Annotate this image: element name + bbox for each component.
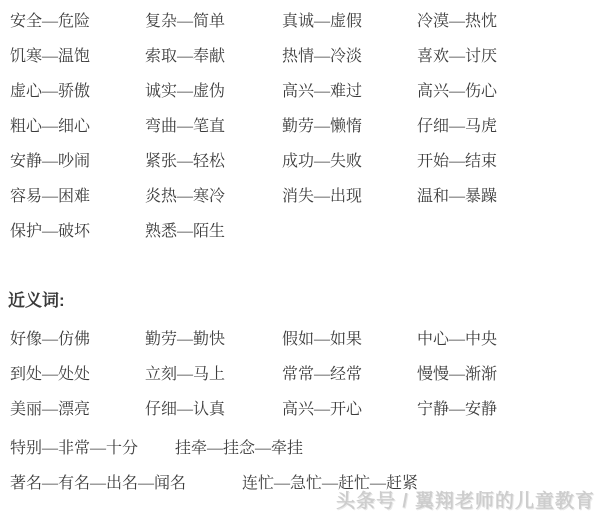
word-pair: 好像—仿佛 bbox=[10, 326, 145, 349]
word-pair: 慢慢—渐渐 bbox=[417, 361, 497, 384]
word-pair: 安全—危险 bbox=[10, 8, 145, 31]
synonyms-section: 近义词: 好像—仿佛 勤劳—勤快 假如—如果 中心—中央 到处—处处 立刻—马上… bbox=[0, 291, 600, 499]
word-chain: 特别—非常—十分 bbox=[10, 435, 175, 458]
word-pair: 立刻—马上 bbox=[145, 361, 282, 384]
antonym-row: 粗心—细心 弯曲—笔直 勤劳—懒惰 仔细—马虎 bbox=[0, 107, 600, 142]
word-pair: 容易—困难 bbox=[10, 183, 145, 206]
word-pair: 炎热—寒冷 bbox=[145, 183, 282, 206]
antonym-row: 安静—吵闹 紧张—轻松 成功—失败 开始—结束 bbox=[0, 142, 600, 177]
word-pair: 高兴—开心 bbox=[282, 396, 417, 419]
word-pair: 饥寒—温饱 bbox=[10, 43, 145, 66]
synonym-row: 好像—仿佛 勤劳—勤快 假如—如果 中心—中央 bbox=[0, 320, 600, 355]
word-pair: 真诚—虚假 bbox=[282, 8, 417, 31]
word-pair: 到处—处处 bbox=[10, 361, 145, 384]
antonym-row: 保护—破坏 熟悉—陌生 bbox=[0, 212, 600, 247]
word-pair: 复杂—简单 bbox=[145, 8, 282, 31]
word-pair: 开始—结束 bbox=[417, 148, 497, 171]
word-pair: 热情—冷淡 bbox=[282, 43, 417, 66]
word-pair: 宁静—安静 bbox=[417, 396, 497, 419]
synonym-chain-row: 特别—非常—十分 挂牵—挂念—牵挂 bbox=[0, 429, 600, 464]
vocabulary-worksheet: 安全—危险 复杂—简单 真诚—虚假 冷漠—热忱 饥寒—温饱 索取—奉献 热情—冷… bbox=[0, 0, 600, 518]
word-pair: 保护—破坏 bbox=[10, 218, 145, 241]
word-pair: 高兴—伤心 bbox=[417, 78, 497, 101]
word-pair: 安静—吵闹 bbox=[10, 148, 145, 171]
synonyms-grid: 好像—仿佛 勤劳—勤快 假如—如果 中心—中央 到处—处处 立刻—马上 常常—经… bbox=[0, 318, 600, 425]
synonym-row: 美丽—漂亮 仔细—认真 高兴—开心 宁静—安静 bbox=[0, 390, 600, 425]
word-pair: 索取—奉献 bbox=[145, 43, 282, 66]
word-pair: 成功—失败 bbox=[282, 148, 417, 171]
word-pair: 美丽—漂亮 bbox=[10, 396, 145, 419]
word-pair: 熟悉—陌生 bbox=[145, 218, 282, 241]
antonym-row: 容易—困难 炎热—寒冷 消失—出现 温和—暴躁 bbox=[0, 177, 600, 212]
antonym-row: 饥寒—温饱 索取—奉献 热情—冷淡 喜欢—讨厌 bbox=[0, 37, 600, 72]
word-pair: 消失—出现 bbox=[282, 183, 417, 206]
word-pair: 弯曲—笔直 bbox=[145, 113, 282, 136]
word-pair: 粗心—细心 bbox=[10, 113, 145, 136]
antonym-row: 虚心—骄傲 诚实—虚伪 高兴—难过 高兴—伤心 bbox=[0, 72, 600, 107]
word-pair: 诚实—虚伪 bbox=[145, 78, 282, 101]
word-pair: 勤劳—懒惰 bbox=[282, 113, 417, 136]
word-pair: 紧张—轻松 bbox=[145, 148, 282, 171]
word-pair: 喜欢—讨厌 bbox=[417, 43, 497, 66]
word-pair: 中心—中央 bbox=[417, 326, 497, 349]
word-pair: 常常—经常 bbox=[282, 361, 417, 384]
word-chain: 挂牵—挂念—牵挂 bbox=[175, 435, 303, 458]
word-pair: 虚心—骄傲 bbox=[10, 78, 145, 101]
word-pair: 假如—如果 bbox=[282, 326, 417, 349]
word-pair: 仔细—马虎 bbox=[417, 113, 497, 136]
antonyms-section: 安全—危险 复杂—简单 真诚—虚假 冷漠—热忱 饥寒—温饱 索取—奉献 热情—冷… bbox=[0, 0, 600, 247]
synonyms-heading: 近义词: bbox=[0, 291, 600, 311]
word-pair: 高兴—难过 bbox=[282, 78, 417, 101]
word-pair: 勤劳—勤快 bbox=[145, 326, 282, 349]
antonym-row: 安全—危险 复杂—简单 真诚—虚假 冷漠—热忱 bbox=[0, 2, 600, 37]
word-pair: 冷漠—热忱 bbox=[417, 8, 497, 31]
word-pair: 温和—暴躁 bbox=[417, 183, 497, 206]
word-chain: 著名—有名—出名—闻名 bbox=[10, 470, 242, 493]
word-pair: 仔细—认真 bbox=[145, 396, 282, 419]
watermark: 头条号 / 翼翔老师的儿童教育 bbox=[336, 486, 595, 513]
synonym-row: 到处—处处 立刻—马上 常常—经常 慢慢—渐渐 bbox=[0, 355, 600, 390]
